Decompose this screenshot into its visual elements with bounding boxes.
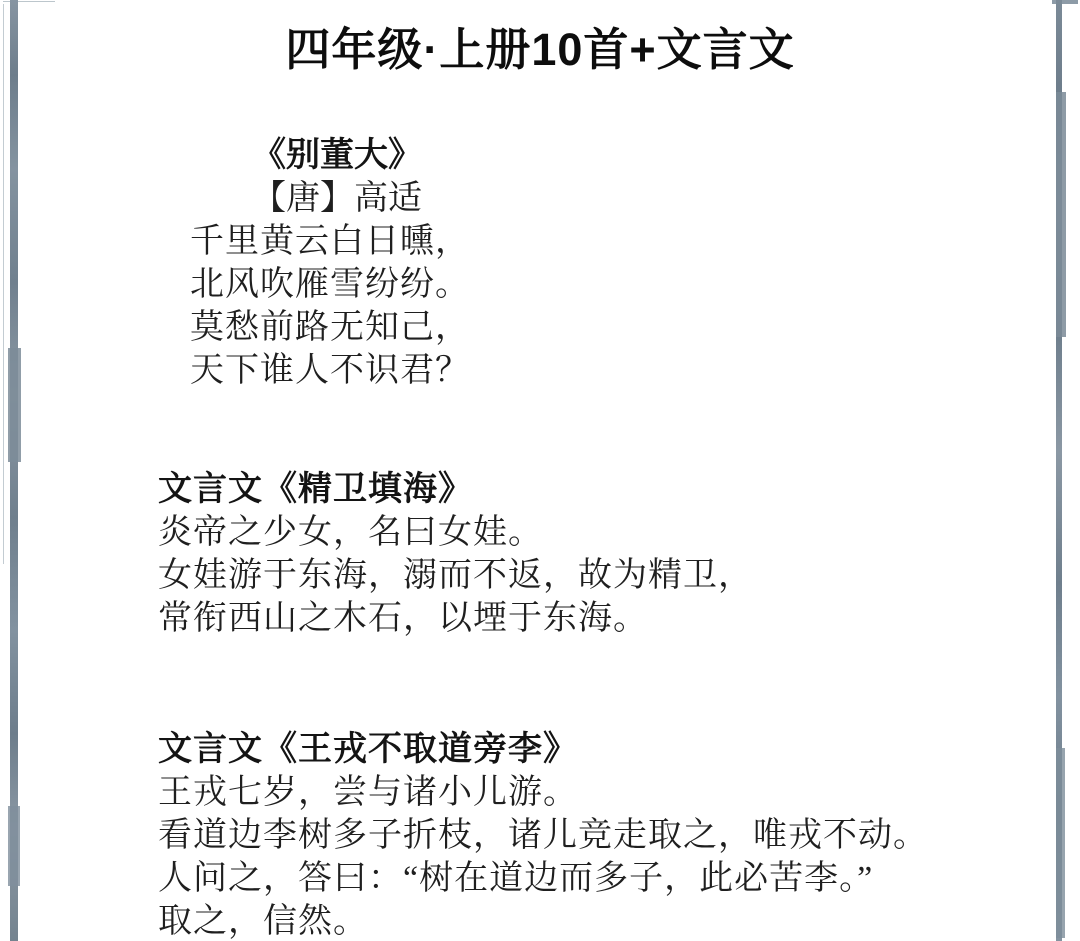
scan-edge-faint-line	[3, 4, 4, 564]
text-line: 炎帝之少女，名曰女娃。	[158, 511, 753, 554]
scan-edge-right	[1056, 0, 1062, 941]
text-line: 王戎七岁，尝与诸小儿游。	[158, 771, 928, 814]
poem-line: 北风吹雁雪纷纷。	[190, 263, 470, 306]
page-title: 四年级·上册10首+文言文	[0, 22, 1080, 78]
text-line: 常衔西山之木石，以堙于东海。	[158, 597, 753, 640]
text-line: 看道边李树多子折枝，诸儿竞走取之，唯戎不动。	[158, 814, 928, 857]
text-line: 取之，信然。	[158, 900, 928, 941]
poem-line: 千里黄云白日曛，	[190, 220, 470, 263]
poem-line: 天下谁人不识君？	[190, 349, 470, 392]
classical-section-wangrong: 文言文《王戎不取道旁李》 王戎七岁，尝与诸小儿游。 看道边李树多子折枝，诸儿竞走…	[158, 728, 928, 941]
poem-line: 莫愁前路无知己，	[190, 306, 470, 349]
document-page: 四年级·上册10首+文言文 《别董大》 【唐】高适 千里黄云白日曛， 北风吹雁雪…	[0, 0, 1080, 941]
scan-edge-left	[10, 0, 18, 941]
classical-section-jingwei: 文言文《精卫填海》 炎帝之少女，名曰女娃。 女娃游于东海，溺而不返，故为精卫， …	[158, 468, 753, 640]
poem-title: 《别董大》	[190, 134, 470, 177]
text-line: 人问之，答曰：“树在道边而多子，此必苦李。”	[158, 857, 928, 900]
section-header: 文言文《精卫填海》	[158, 468, 753, 511]
poem-author: 【唐】高适	[190, 177, 470, 220]
section-header: 文言文《王戎不取道旁李》	[158, 728, 928, 771]
poem-section: 《别董大》 【唐】高适 千里黄云白日曛， 北风吹雁雪纷纷。 莫愁前路无知己， 天…	[190, 134, 470, 392]
text-line: 女娃游于东海，溺而不返，故为精卫，	[158, 554, 753, 597]
